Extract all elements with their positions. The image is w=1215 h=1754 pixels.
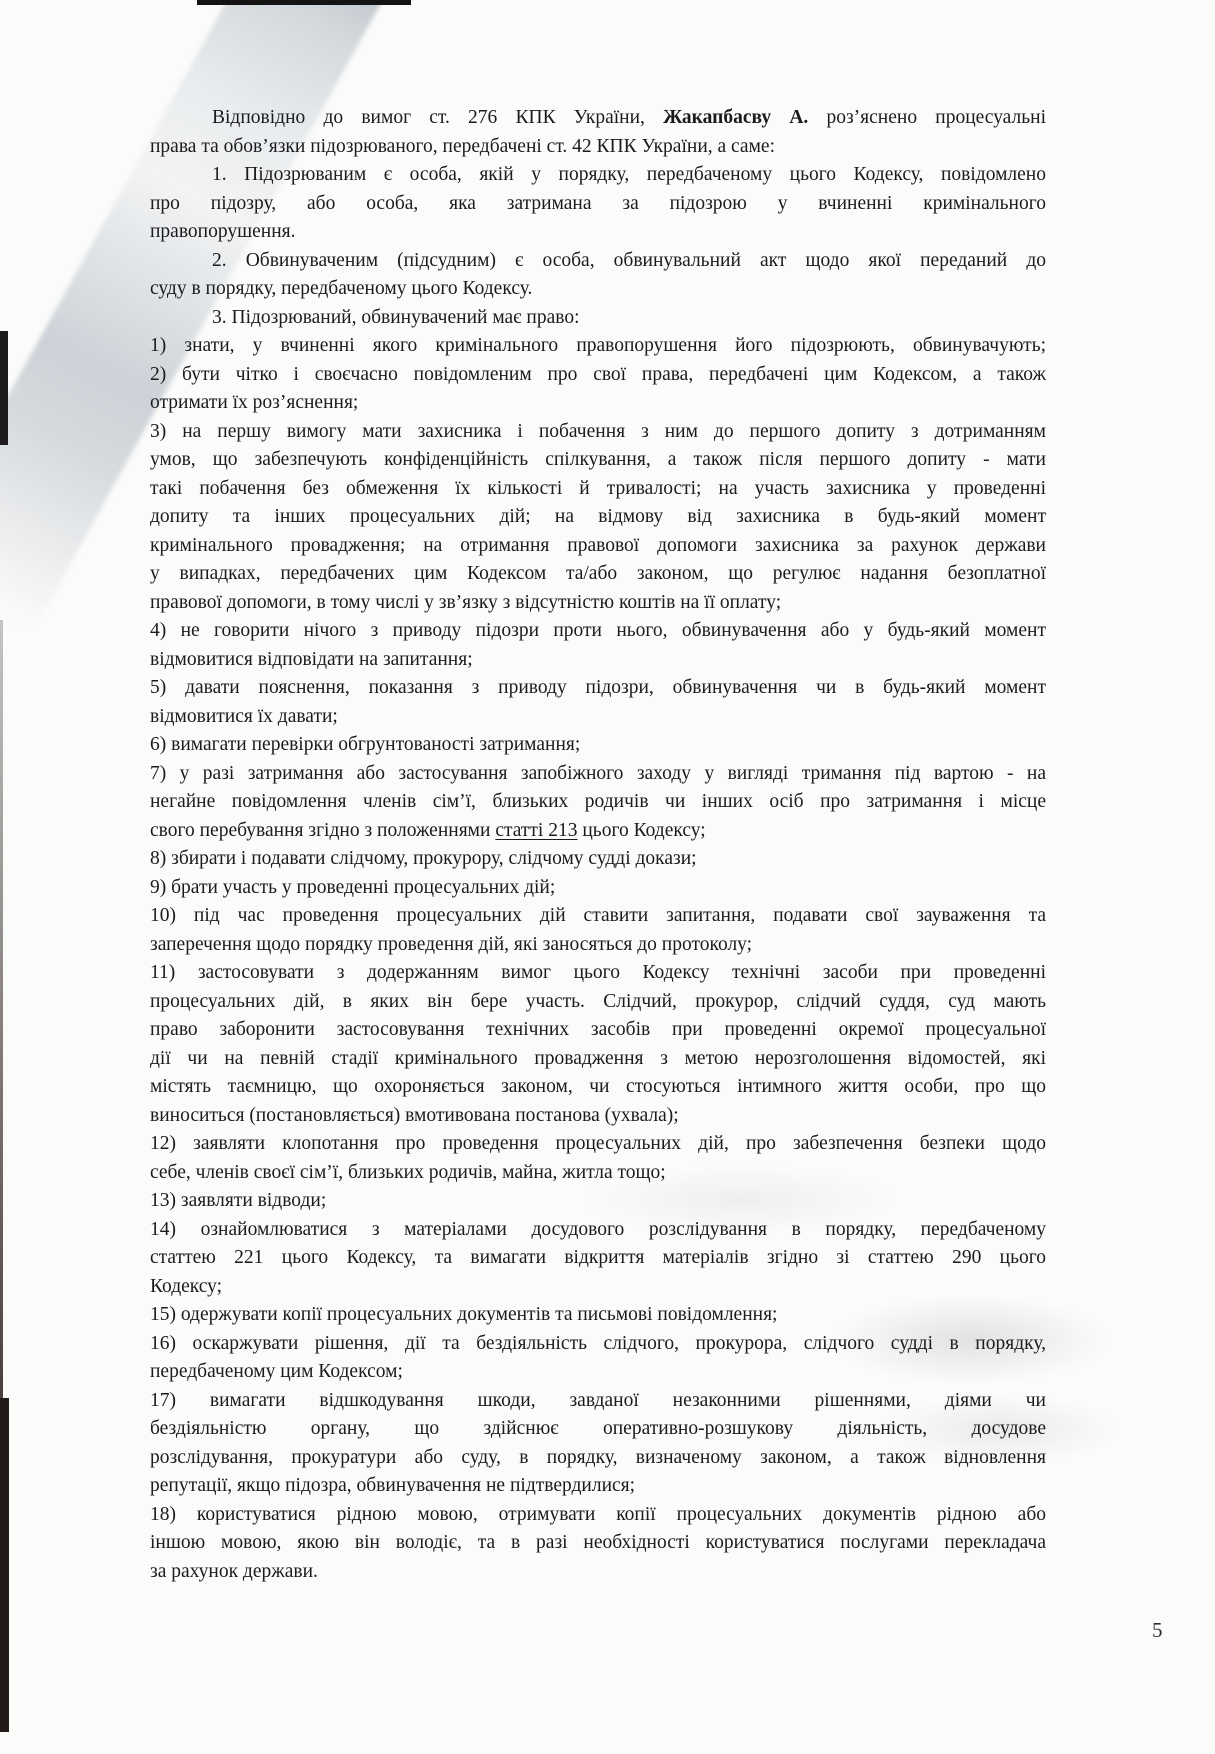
text-line: допиту та інших процесуальних дій; на ві… [150, 503, 1046, 532]
text-line: 1. Підозрюваним є особа, якій у порядку,… [150, 161, 1046, 190]
text-line: дії чи на певній стадії кримінального пр… [150, 1045, 1046, 1074]
text-line: відмовитися відповідати на запитання; [150, 646, 1046, 675]
underlined-text: статті 213 [495, 820, 577, 841]
text-line: 3. Підозрюваний, обвинувачений має право… [150, 304, 1046, 333]
text-line: за рахунок держави. [150, 1558, 1046, 1587]
text-line: свого перебування згідно з положеннями с… [150, 817, 1046, 846]
text-line: отримати їх роз’яснення; [150, 389, 1046, 418]
bold-text: Жакапбасву А. [663, 107, 808, 128]
text-line: статтею 221 цього Кодексу, та вимагати в… [150, 1244, 1046, 1273]
text-line: Кодексу; [150, 1273, 1046, 1302]
text-line: 10) під час проведення процесуальних дій… [150, 902, 1046, 931]
text-line: 15) одержувати копії процесуальних докум… [150, 1301, 1046, 1330]
text-line: 7) у разі затримання або застосування за… [150, 760, 1046, 789]
text-line: 3) на першу вимогу мати захисника і поба… [150, 418, 1046, 447]
scan-edge-left-strip-wide [0, 1398, 9, 1732]
text-line: кримінального провадження; на отримання … [150, 532, 1046, 561]
text-line: право заборонити застосовування технічни… [150, 1016, 1046, 1045]
scan-edge-left-bar [0, 331, 8, 445]
text-line: 12) заявляти клопотання про проведення п… [150, 1130, 1046, 1159]
text-line: правопорушення. [150, 218, 1046, 247]
text-line: розслідування, прокуратури або суду, в п… [150, 1444, 1046, 1473]
text-line: 9) брати участь у проведенні процесуальн… [150, 874, 1046, 903]
text-line: 13) заявляти відводи; [150, 1187, 1046, 1216]
scanned-document-page: Відповідно до вимог ст. 276 КПК України,… [0, 0, 1215, 1754]
text-line: передбаченому цим Кодексом; [150, 1358, 1046, 1387]
text-line: Відповідно до вимог ст. 276 КПК України,… [150, 104, 1046, 133]
text-line: 8) збирати і подавати слідчому, прокурор… [150, 845, 1046, 874]
text-line: 16) оскаржувати рішення, дії та бездіяль… [150, 1330, 1046, 1359]
text-line: 6) вимагати перевірки обгрунтованості за… [150, 731, 1046, 760]
text-line: заперечення щодо порядку проведення дій,… [150, 931, 1046, 960]
text-line: про підозру, або особа, яка затримана за… [150, 190, 1046, 219]
text-line: 2) бути чітко і своєчасно повідомленим п… [150, 361, 1046, 390]
text-line: процесуальних дій, в яких він бере участ… [150, 988, 1046, 1017]
text-span: роз’яснено процесуальні [808, 107, 1046, 128]
page-number: 5 [1152, 1618, 1163, 1643]
text-line: суду в порядку, передбаченому цього Коде… [150, 275, 1046, 304]
text-line: у випадках, передбачених цим Кодексом та… [150, 560, 1046, 589]
text-line: себе, членів своєї сім’ї, близьких родич… [150, 1159, 1046, 1188]
text-line: 1) знати, у вчиненні якого кримінального… [150, 332, 1046, 361]
text-line: 11) застосовувати з додержанням вимог ць… [150, 959, 1046, 988]
text-line: правової допомоги, в тому числі у зв’язк… [150, 589, 1046, 618]
text-span: Відповідно до вимог ст. 276 КПК України, [212, 107, 663, 128]
text-line: негайне повідомлення членів сім’ї, близь… [150, 788, 1046, 817]
text-line: права та обов’язки підозрюваного, передб… [150, 133, 1046, 162]
document-text-block: Відповідно до вимог ст. 276 КПК України,… [150, 104, 1046, 1586]
text-line: 4) не говорити нічого з приводу підозри … [150, 617, 1046, 646]
text-line: умов, що забезпечують конфіденційність с… [150, 446, 1046, 475]
text-line: 14) ознайомлюватися з матеріалами досудо… [150, 1216, 1046, 1245]
text-span: цього Кодексу; [577, 820, 705, 841]
scan-edge-top-bar [197, 0, 411, 5]
text-line: 17) вимагати відшкодування шкоди, завдан… [150, 1387, 1046, 1416]
scan-edge-left-strip-thin [0, 620, 3, 1400]
text-line: 2. Обвинуваченим (підсудним) є особа, об… [150, 247, 1046, 276]
text-line: 18) користуватися рідною мовою, отримува… [150, 1501, 1046, 1530]
text-line: відмовитися їх давати; [150, 703, 1046, 732]
text-line: бездіяльністю органу, що здійснює операт… [150, 1415, 1046, 1444]
text-line: виноситься (постановляється) вмотивована… [150, 1102, 1046, 1131]
text-line: репутації, якщо підозра, обвинувачення н… [150, 1472, 1046, 1501]
text-line: містять таємницю, що охороняється законо… [150, 1073, 1046, 1102]
text-line: іншою мовою, якою він володіє, та в разі… [150, 1529, 1046, 1558]
text-line: такі побачення без обмеження їх кількост… [150, 475, 1046, 504]
text-span: свого перебування згідно з положеннями [150, 820, 495, 841]
text-line: 5) давати пояснення, показання з приводу… [150, 674, 1046, 703]
